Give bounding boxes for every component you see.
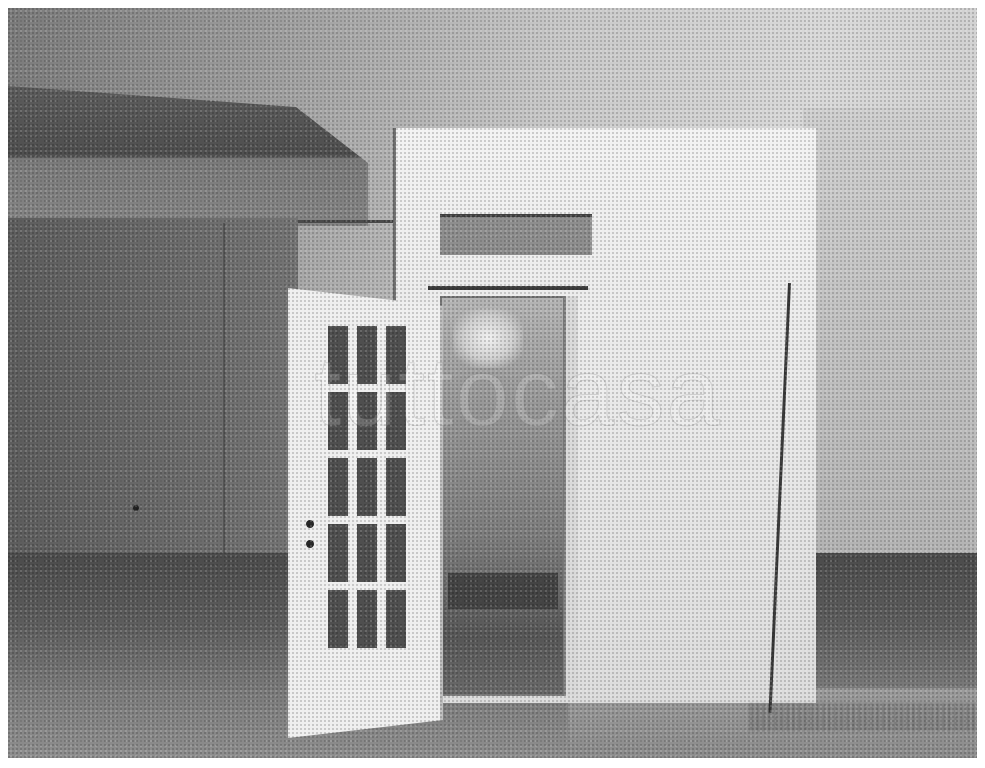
- door-glass-pane: [328, 590, 348, 648]
- door-glass-pane: [357, 590, 377, 648]
- door-glass-pane: [357, 326, 377, 384]
- door-glass-pane: [328, 326, 348, 384]
- door-glass-pane: [357, 524, 377, 582]
- door-glass-pane: [357, 392, 377, 450]
- room-photo: tuttocasa: [8, 8, 977, 758]
- door-jamb: [564, 296, 578, 696]
- glazed-door: [288, 288, 443, 738]
- wall-seam: [223, 223, 225, 563]
- door-handle-icon: [306, 520, 314, 528]
- door-glass-pane: [357, 458, 377, 516]
- door-glass-pane: [386, 458, 406, 516]
- door-glass-pane: [328, 524, 348, 582]
- wall-outlet: [133, 505, 139, 511]
- transom-window: [440, 214, 592, 255]
- left-wall: [8, 218, 298, 568]
- door-glass-pane: [386, 326, 406, 384]
- door-glass-pane: [386, 590, 406, 648]
- door-glass-pane: [328, 458, 348, 516]
- door-glass-pane: [386, 392, 406, 450]
- door-glass-pane: [328, 392, 348, 450]
- door-glass-pane: [386, 524, 406, 582]
- door-lock-icon: [306, 540, 314, 548]
- door-frame-header: [428, 286, 588, 290]
- bathroom-light: [453, 308, 523, 368]
- camera-timestamp: [750, 703, 977, 731]
- bathroom-fixture: [448, 573, 558, 609]
